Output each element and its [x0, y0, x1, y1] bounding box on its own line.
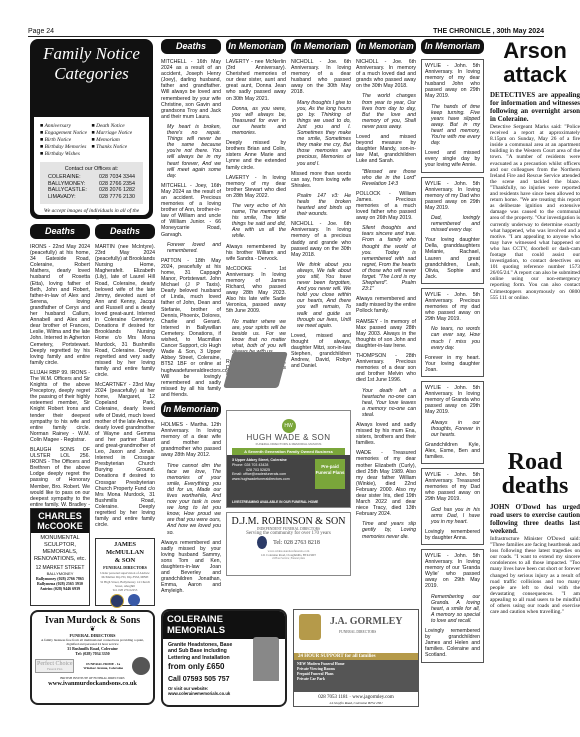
notice-wylie-4: WYLIE - John. 5th Anniversary. In loving… — [421, 381, 484, 464]
notice-wylie-1: WYLIE - John. 5th Anniversary. In loving… — [421, 59, 484, 173]
arson-headline: Arson attack — [490, 39, 580, 87]
section-header-deaths: Deaths — [95, 224, 155, 239]
notice-wylie-5: WYLIE - John. 5th Anniversary. Treasured… — [421, 468, 484, 545]
notice-elijah-rbp: ELIJAH RBP 99. IRONS - The W.M. Officers… — [30, 370, 90, 443]
bible-illustration — [223, 352, 288, 388]
road-deaths-headline: Road deaths — [490, 450, 580, 498]
category-list: Anniversary Death Notice Engagement Noti… — [40, 123, 143, 162]
column-deaths-1: Deaths IRONS - 22nd May 2024 (peacefully… — [30, 224, 90, 518]
ornament-icon: ❦ — [35, 626, 150, 633]
family-notice-title: Family Notice Categories — [30, 39, 153, 84]
notice-mitchell-2: MITCHELL - Joey, 16th May 2024 as the re… — [161, 183, 221, 238]
family-notice-box: Family Notice Categories Anniversary Dea… — [30, 39, 153, 219]
notice-nicholl-3: NICHOLL - Joe. 6th Anniversary. In lovin… — [291, 221, 351, 258]
notice-laverty-1: LAVERTY - nee McNerlin (3rd Anniversary)… — [226, 59, 286, 102]
prepaid-plans-badge: Pre-paid Funeral Plans — [315, 459, 345, 489]
bifd-logo-icon — [132, 657, 150, 675]
hw-logo-icon: HW — [282, 419, 296, 433]
column-deaths-3: Deaths MITCHELL - 16th May 2024 as a res… — [161, 39, 221, 599]
page-number: Page 24 — [28, 28, 54, 35]
story-road-deaths: Road deaths JOHN O'Dowd has urged road u… — [490, 450, 580, 615]
notice-irons: IRONS - 22nd May 2024 (peacefully) at hi… — [30, 244, 90, 366]
family-notice-inner: Anniversary Death Notice Engagement Noti… — [34, 117, 149, 215]
column-memoriam-5: In Memoriam NICHOLL - Joe. 6th Anniversa… — [291, 39, 351, 409]
notice-mitchell-1: MITCHELL - 16th May 2024 as a result of … — [161, 59, 221, 120]
notice-pollock: POLLOCK - William James. Precious memori… — [356, 191, 416, 221]
notice-mccartney: McCARTNEY - 23rd May 2024 (peacefully) a… — [95, 382, 155, 528]
nafd-logo-icon — [110, 594, 124, 608]
notice-nicholl-2: NICHOLL - Joe. 6th Anniversary. In memor… — [356, 59, 416, 89]
ad-coleraine-memorials: COLERAINE MEMORIALS Granite Headstones, … — [161, 609, 287, 707]
notice-ramsey: RAMSEY - In memory of Max passed away 28… — [356, 319, 416, 349]
ad-hugh-wade: HW HUGH WADE & SON FUNERAL DIRECTORS & M… — [226, 410, 351, 508]
section-header-in-memoriam: In Memoriam — [356, 39, 416, 54]
notice-wylie-2: WYLIE - John. 5th Anniversary. In loving… — [421, 177, 484, 284]
ad-james-mcmullan: JAMES McMULLAN & SON FUNERAL DIRECTORS U… — [95, 538, 155, 606]
notice-nicholl-1: NICHOLL - Joe. 6th Anniversary. In lovin… — [291, 59, 351, 96]
notice-holmes: HOLMES - Martha. 12th Anniversary. In lo… — [161, 422, 221, 459]
headstone-illustration — [253, 637, 279, 681]
ad-ivan-murdock: Ivan Murdock & Sons ❦ FUNERAL DIRECTORS … — [30, 610, 155, 705]
notice-blaugh-lol: BLAUGH SONS OF ULSTER LOL 256. IRONS - T… — [30, 447, 90, 514]
paper-title: THE CHRONICLE , 30th May 2024 — [433, 28, 544, 35]
ad-charles-mccooke: CHARLES McCOOKE MONUMENTAL SCULPTOR, MEM… — [30, 508, 90, 606]
contact-offices: Contact our Offices at: COLERAINE:028 70… — [40, 162, 143, 204]
section-header-in-memoriam: In Memoriam — [421, 39, 484, 54]
section-header-deaths: Deaths — [30, 224, 90, 239]
notice-wylie-6: WYLIE - John. 5th Anniversary. In loving… — [421, 549, 484, 663]
notice-wade: WADE - Treasured memories of my dear mot… — [356, 450, 416, 517]
images-note: We accept images of individuals in all o… — [40, 208, 143, 222]
section-header-in-memoriam: In Memoriam — [291, 39, 351, 54]
ad-djm-robinson: D.J.M. ROBINSON & SON INDEPENDENT FUNERA… — [226, 512, 351, 576]
nafd-logo-icon — [257, 536, 267, 549]
notice-laverty-2: LAVERTY - In loving memory of my dear br… — [226, 175, 286, 199]
column-memoriam-7: In Memoriam WYLIE - John. 5th Anniversar… — [421, 39, 484, 663]
header-rule — [28, 36, 544, 37]
notice-patton: PATTON - 18th May 2024, peacefully at hi… — [161, 258, 221, 398]
notice-thompson: THOMPSON - 28th Anniversary. Precious me… — [356, 353, 416, 383]
notice-martin: MARTIN (nee McIntyre). 23rd May 2024 (pe… — [95, 244, 155, 378]
section-header-deaths: Deaths — [161, 39, 221, 54]
notice-mccooke: McCOOKE - 1st Anniversary. In loving mem… — [226, 266, 286, 315]
column-memoriam-6: In Memoriam NICHOLL - Joe. 6th Anniversa… — [356, 39, 416, 539]
section-header-in-memoriam: In Memoriam — [161, 402, 221, 417]
story-arson-attack: Arson attack DETECTIVES are appealing fo… — [490, 39, 580, 301]
notice-wylie-3: WYLIE - John. 5th Anniversary. Precious … — [421, 288, 484, 377]
ad-ja-gormley: J.A. GORMLEY FUNERAL DIRECTORS 24 HOUR S… — [293, 609, 419, 707]
gormley-shield-icon — [299, 614, 321, 640]
column-deaths-2: Deaths MARTIN (nee McIntyre). 23rd May 2… — [95, 224, 155, 532]
selected-logo-icon — [128, 594, 140, 606]
section-header-in-memoriam: In Memoriam — [226, 39, 286, 54]
